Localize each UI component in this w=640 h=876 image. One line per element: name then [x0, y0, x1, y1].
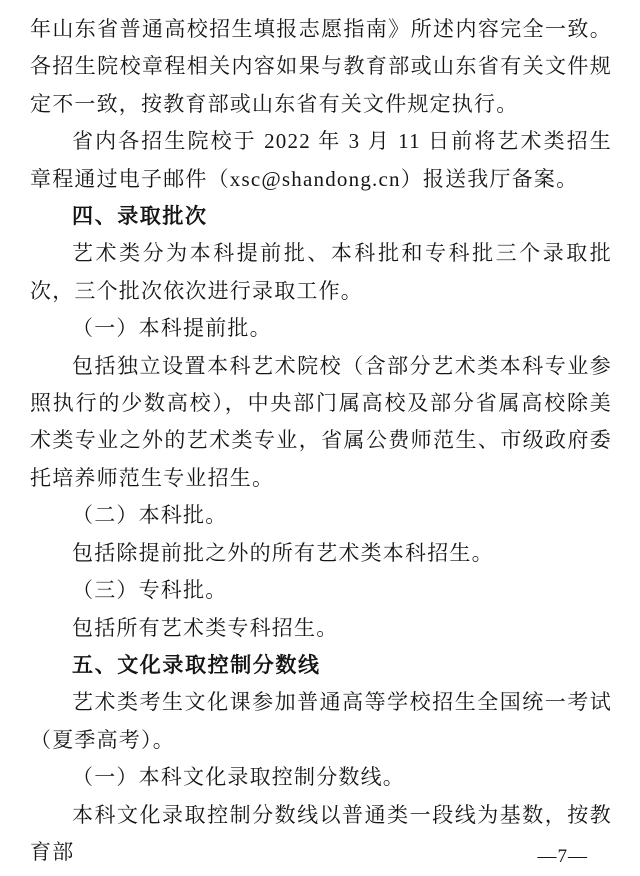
paragraph: 包括独立设置本科艺术院校（含部分艺术类本科专业参照执行的少数高校），中央部门属高… [30, 348, 612, 498]
paragraph: 年山东省普通高校招生填报志愿指南》所述内容完全一致。各招生院校章程相关内容如果与… [30, 11, 612, 123]
paragraph: 艺术类考生文化课参加普通高等学校招生全国统一考试（夏季高考）。 [30, 684, 612, 759]
section-heading-5: 五、文化录取控制分数线 [30, 647, 612, 684]
document-body: 年山东省普通高校招生填报志愿指南》所述内容完全一致。各招生院校章程相关内容如果与… [0, 0, 640, 871]
subsection-label: （三）专科批。 [30, 572, 612, 609]
section-heading-4: 四、录取批次 [30, 198, 612, 235]
paragraph: 本科文化录取控制分数线以普通类一段线为基数，按教育部 [30, 797, 612, 872]
subsection-label: （一）本科文化录取控制分数线。 [30, 759, 612, 796]
paragraph: 省内各招生院校于 2022 年 3 月 11 日前将艺术类招生章程通过电子邮件（… [30, 123, 612, 198]
paragraph: 艺术类分为本科提前批、本科批和专科批三个录取批次，三个批次依次进行录取工作。 [30, 235, 612, 310]
page-number: —7— [538, 846, 589, 868]
subsection-label: （一）本科提前批。 [30, 310, 612, 347]
document-page: 年山东省普通高校招生填报志愿指南》所述内容完全一致。各招生院校章程相关内容如果与… [0, 0, 640, 876]
paragraph: 包括除提前批之外的所有艺术类本科招生。 [30, 535, 612, 572]
subsection-label: （二）本科批。 [30, 497, 612, 534]
paragraph: 包括所有艺术类专科招生。 [30, 610, 612, 647]
